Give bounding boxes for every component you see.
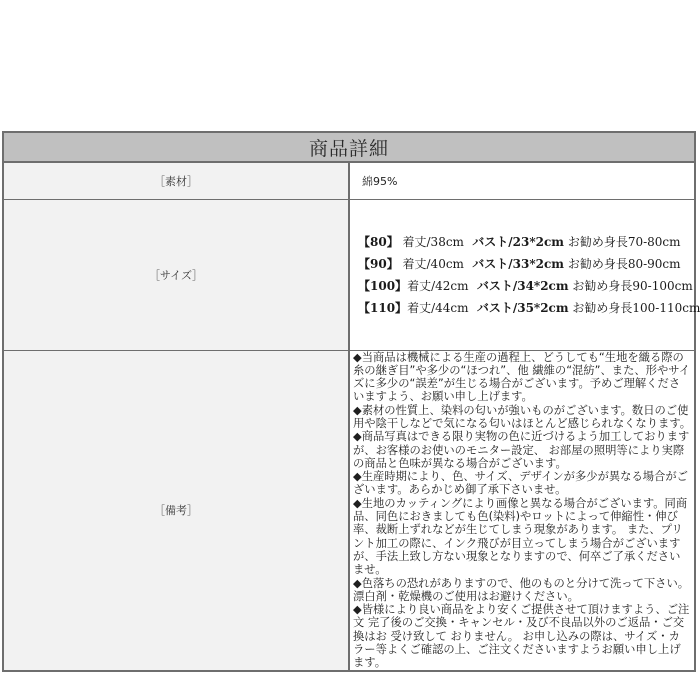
length-value: 着丈/40cm [399,257,464,271]
length-value: 着丈/42cm [407,279,468,293]
note-item: ◆生産時期により、色、サイズ、デザインが多少が異なる場合がございます。あらかじめ… [353,470,691,497]
size-code: 【100】 [358,279,407,293]
recommended-height: お勧め身長100-110cm [569,301,700,315]
material-label: ［素材］ [3,162,349,199]
note-item: ◆商品写真はできる限り実物の色に近づけるよう加工しておりますが、お客様のお使いの… [353,430,691,470]
size-row: ［サイズ］ 【80】 着丈/38cm バスト/23*2cm お勧め身長70-80… [3,199,695,350]
size-line-110: 【110】着丈/44cm バスト/35*2cm お勧め身長100-110cm [358,297,694,319]
notes-label: ［備考］ [3,350,349,671]
bust-value: バスト/33*2cm [464,257,564,271]
product-detail-table: 商品詳細 ［素材］ 綿95% ［サイズ］ 【80】 着丈/38cm バスト/23… [2,131,696,672]
size-label: ［サイズ］ [3,199,349,350]
table-title: 商品詳細 [3,132,695,162]
length-value: 着丈/38cm [399,235,464,249]
size-code: 【90】 [358,257,399,271]
notes-content: ◆当商品は機械による生産の過程上、どうしても“生地を織る際の糸の継ぎ目”や多少の… [349,350,695,671]
bust-value: バスト/23*2cm [464,235,564,249]
material-row: ［素材］ 綿95% [3,162,695,199]
size-chart: 【80】 着丈/38cm バスト/23*2cm お勧め身長70-80cm 【90… [349,199,695,350]
size-line-90: 【90】 着丈/40cm バスト/33*2cm お勧め身長80-90cm [358,253,694,275]
size-line-80: 【80】 着丈/38cm バスト/23*2cm お勧め身長70-80cm [358,231,694,253]
recommended-height: お勧め身長90-100cm [569,279,693,293]
notes-row: ［備考］ ◆当商品は機械による生産の過程上、どうしても“生地を織る際の糸の継ぎ目… [3,350,695,671]
bust-value: バスト/35*2cm [468,301,568,315]
recommended-height: お勧め身長70-80cm [564,235,681,249]
size-code: 【80】 [358,235,399,249]
note-item: ◆生地のカッティングにより画像と異なる場合がございます。同商品、同色におきまして… [353,497,691,577]
size-code: 【110】 [358,301,407,315]
note-item: ◆当商品は機械による生産の過程上、どうしても“生地を織る際の糸の継ぎ目”や多少の… [353,351,691,404]
material-value: 綿95% [349,162,695,199]
length-value: 着丈/44cm [407,301,468,315]
recommended-height: お勧め身長80-90cm [564,257,681,271]
note-item: ◆色落ちの恐れがありますので、他のものと分けて洗って下さい。漂白剤・乾燥機のご使… [353,577,691,604]
bust-value: バスト/34*2cm [468,279,568,293]
note-item: ◆皆様により良い商品をより安くご提供させて頂けますよう、ご注文 完了後のご交換・… [353,603,691,669]
note-item: ◆素材の性質上、染料の匂いが強いものがございます。数日のご使用や陰干しなどで気に… [353,404,691,431]
size-line-100: 【100】着丈/42cm バスト/34*2cm お勧め身長90-100cm [358,275,694,297]
